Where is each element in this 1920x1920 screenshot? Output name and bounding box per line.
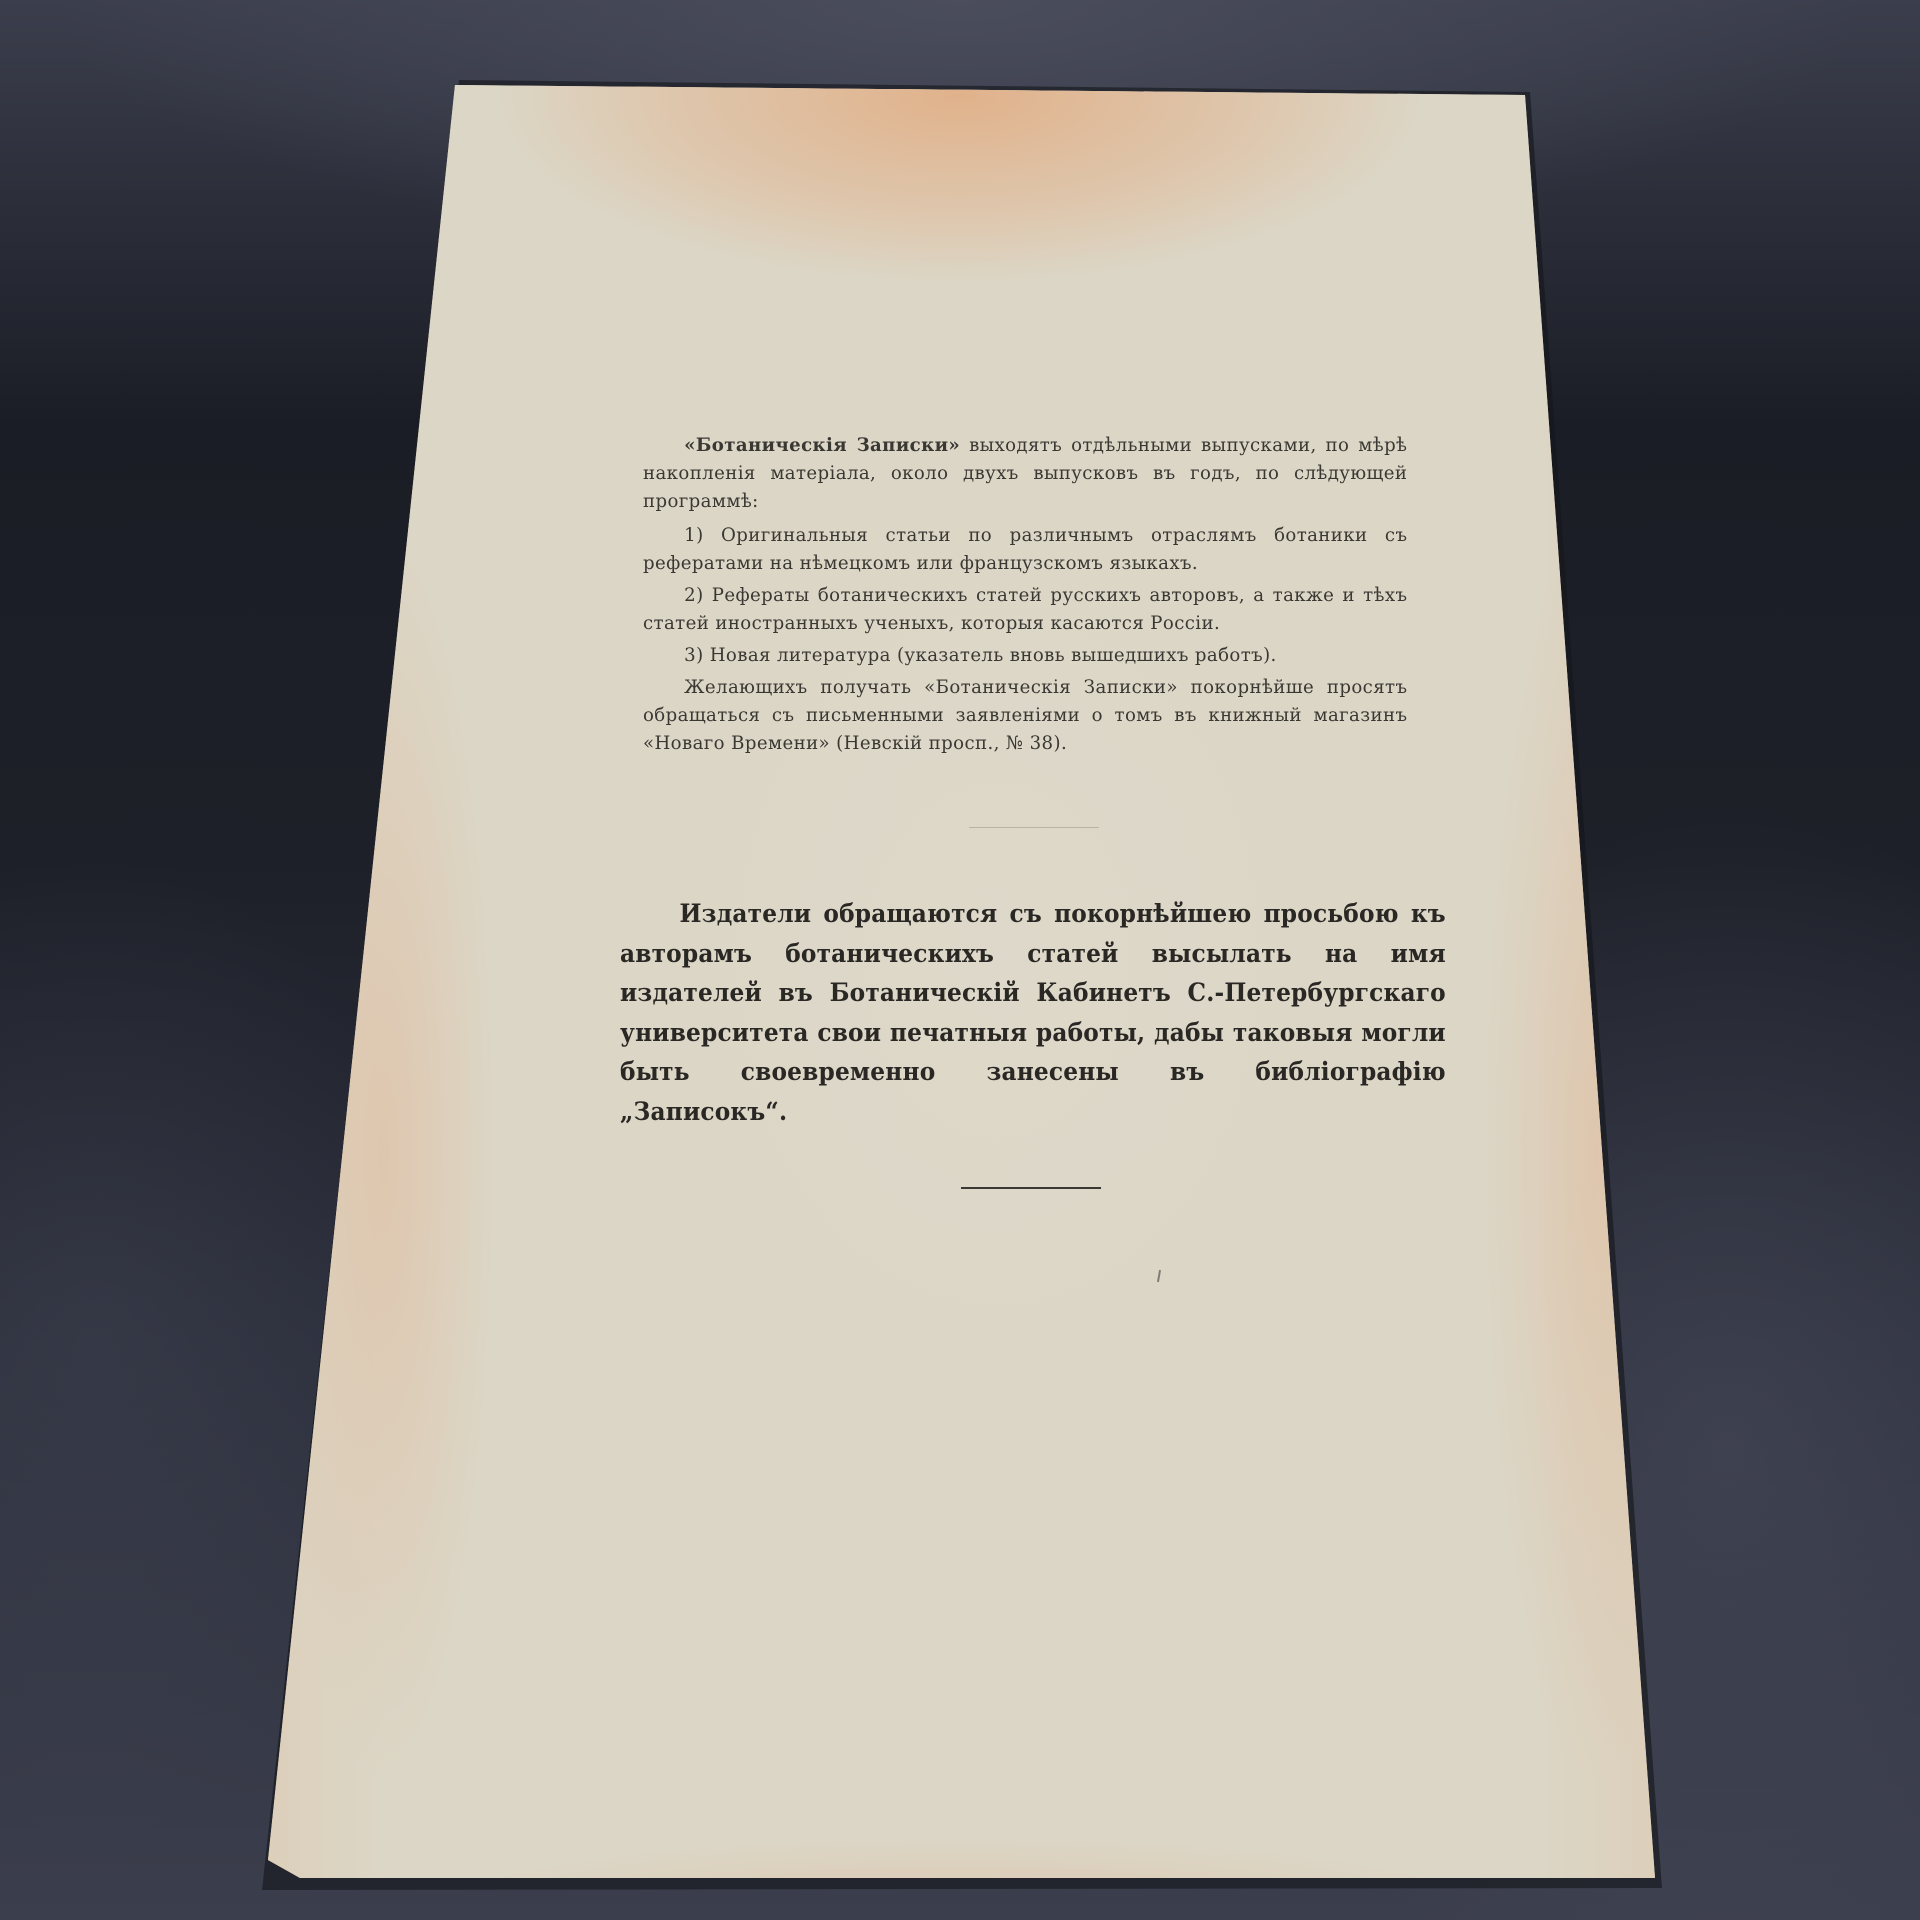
subscription-paragraph: Желающихъ получать «Ботаническія Записки… <box>643 674 1407 758</box>
program-item-1: 1) Оригинальныя статьи по различнымъ отр… <box>643 522 1407 578</box>
separator-rule-bottom <box>961 1187 1101 1189</box>
separator-rule-top <box>969 827 1099 828</box>
program-section: «Ботаническія Записки» выходятъ отдѣльны… <box>643 432 1407 760</box>
program-intro: «Ботаническія Записки» выходятъ отдѣльны… <box>643 432 1407 516</box>
program-item-3: 3) Новая литература (указатель вновь выш… <box>643 642 1407 670</box>
journal-title: «Ботаническія Записки» <box>684 435 960 456</box>
publishers-notice: Издатели обращаются съ покорнѣйшею прось… <box>620 894 1388 1131</box>
program-item-2: 2) Рефераты ботаническихъ статей русских… <box>643 582 1407 638</box>
publishers-notice-text: Издатели обращаются съ покорнѣйшею прось… <box>620 894 1446 1131</box>
